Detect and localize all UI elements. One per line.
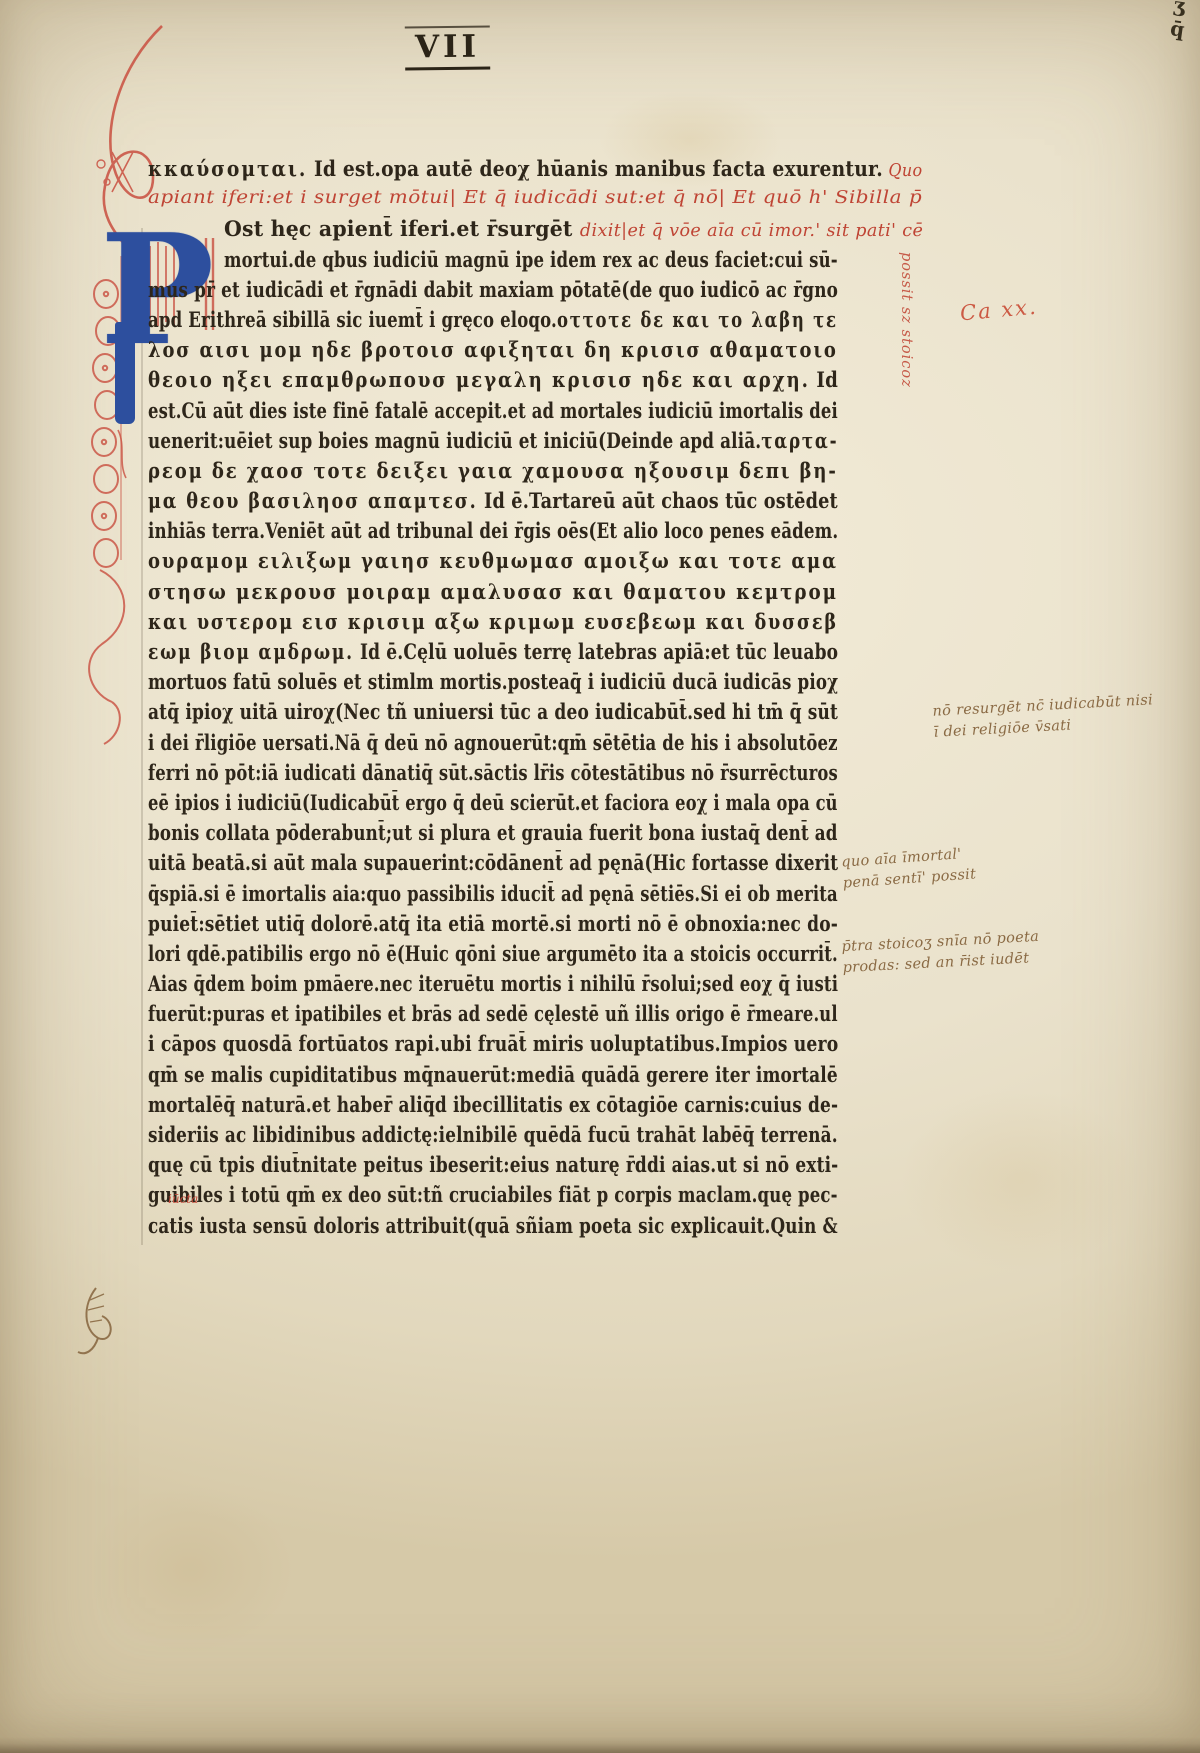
body-line: θεοιο ηξει επαμθρωπουσ μεγαλη κρισισ ηδε… [148,365,755,395]
text-greek: ταρτα- [761,428,838,453]
body-line: Aias q̄dem boim pmāere.nec iteruētu mort… [148,969,697,999]
text-latin: mus pr̄ et iudicādi et r̄gnādi dabit max… [148,277,838,302]
body-line: mus pr̄ et iudicādi et r̄gnādi dabit max… [148,275,710,305]
text-greek: στησω μεκρουσ μοιραμ αμαλυσασ και θαματο… [148,579,838,604]
text-latin: Ost hęc apient̄ iferi.et r̄surgēt [224,216,580,241]
text-latin: Id est.opa autē deoχ hūanis manibus fact… [307,156,883,181]
body-line: ρεομ δε χαοσ τοτε δειξει γαια χαμουσα ηξ… [148,456,749,486]
text-greek: λοσ αισι μομ ηδε βροτοισ αφιξηται δη κρι… [148,337,838,362]
body-line: bonis collata pōderabunt̄;ut si plura et… [148,818,704,848]
vertical-rubric-note: possit sz stoicoz [898,252,914,402]
text-red: apiant iferi:et i surget mōtui| Et q̄ iu… [148,188,922,208]
body-line: q̄spiā.si ē imortalis aia:quo passibilis… [148,879,695,909]
text-latin: guibiles i totū qm̄ ex deo sūt:tñ crucia… [148,1182,838,1207]
body-line: qm̄ se malis cupiditatibus mq̄nauerūt:me… [148,1060,713,1090]
text-latin: quę cū tpis diut̄nitate peitus ibeserit:… [148,1152,838,1177]
text-latin: fuerūt:puras et ipatibiles et brās ad se… [148,1001,838,1026]
text-greek: μα θεου βασιληοσ απαμτεσ. [148,488,478,513]
margin-note-2: quo aīa īmortal'penā sentī' possit [841,843,977,894]
text-greek: ουραμομ ειλιξωμ γαιησ κευθμωμασ αμοιξω κ… [148,548,838,573]
body-line: quę cū tpis diut̄nitate peitus ibeserit:… [148,1150,714,1180]
text-latin: apd Erithreā sibillā sic iuemt̄ i gręco … [148,307,557,332]
corner-mark: ʒ q̄ [1169,0,1200,44]
body-line: και υστερομ εισ κρισιμ αξω κριμωμ ευσεβε… [148,607,736,637]
text-latin: eē ipios i iudiciū(Iudicabūt̄ ergo q̄ de… [148,790,838,815]
body-line: ferri nō pōt:iā iudicati dānatiq̄ sūt.sā… [148,758,695,788]
text-latin: est.Cū aūt dies iste finē fatalē accepit… [148,398,838,423]
body-line: στησω μεκρουσ μοιραμ αμαλυσασ και θαματο… [148,577,759,607]
body-line: i dei r̄ligiōe uersati.Nā q̄ deū nō agno… [148,728,698,758]
text-latin: i cāpos quosdā fortūatos rapi.ubi fruāt̄… [148,1031,838,1056]
body-line: puiet̄:sētiet utiq̄ dolorē.atq̄ ita etiā… [148,909,716,939]
body-line: uitā beatā.si aūt mala supauerint:cōdāne… [148,848,710,878]
text-block: κκαύσομται. Id est.opa autē deoχ hūanis … [148,154,848,1241]
body-line: sideriis ac libidinibus addictę:ielnibil… [148,1120,710,1150]
text-latin: lori qdē.patibilis ergo nō ē(Huic qōni s… [148,941,838,966]
text-greek: ρεομ δε χαοσ τοτε δειξει γαια χαμουσα ηξ… [148,458,838,483]
text-latin: qm̄ se malis cupiditatibus mq̄nauerūt:me… [148,1062,838,1087]
body-line: guibiles i totū qm̄ ex deo sūt:tñ crucia… [148,1180,699,1210]
chapter-mark: Ca xx. [959,295,1038,326]
body-line: εωμ βιομ αμδρωμ. Id ē.Cęlū uoluēs terrę … [148,637,716,667]
text-latin: mortuos fatū soluēs et stimlm mortis.pos… [148,669,838,694]
margin-note-3: p̄tra stoicoʒ snīa nō poetaprodas: sed a… [841,927,1041,979]
text-greek: και υστερομ εισ κρισιμ αξω κριμωμ ευσεβε… [148,609,838,634]
body-line: λοσ αισι μομ ηδε βροτοισ αφιξηται δη κρι… [148,335,746,365]
text-latin: puiet̄:sētiet utiq̄ dolorē.atq̄ ita etiā… [148,911,838,936]
body-line: κκαύσομται. Id est.opa autē deoχ hūanis … [148,154,771,184]
body-line: apd Erithreā sibillā sic iuemt̄ i gręco … [148,305,699,335]
text-latin: Id ē.Cęlū uoluēs terrę latebras apiā:et … [354,639,838,664]
text-greek: εωμ βιομ αμδρωμ. [148,639,354,664]
text-latin: sideriis ac libidinibus addictę:ielnibil… [148,1122,838,1147]
body-line: inhiās terra.Veniēt aūt ad tribunal dei … [148,516,703,546]
text-latin: uenerit:uēiet sup boies magnū iudiciū et… [148,428,761,453]
page-edge-shadow [0,1737,1200,1753]
interlinear: apiant iferi:et i surget mōtui| Et q̄ iu… [148,184,948,214]
page-header-numeral: VII [405,26,491,71]
text-latin: Aias q̄dem boim pmāere.nec iteruētu mort… [148,971,838,996]
body-line: lori qdē.patibilis ergo nō ē(Huic qōni s… [148,939,696,969]
text-red: dixit|et q̄ vōe aīa cū imor.' sit pati' … [580,220,923,241]
text-latin: inhiās terra.Veniēt aūt ad tribunal dei … [148,518,838,543]
body-line: catis iusta sensū doloris attribuit(quā … [148,1211,706,1241]
body-line: Ost hęc apient̄ iferi.et r̄surgēt dixit|… [224,214,831,244]
text-latin: q̄spiā.si ē imortalis aia:quo passibilis… [148,881,838,906]
body-line: atq̄ ipioχ uitā uiroχ(Nec tñ uniuersi tū… [148,697,715,727]
text-greek: κκαύσομται. [148,156,307,181]
text-latin: uitā beatā.si aūt mala supauerint:cōdāne… [148,850,838,875]
paper-stain [850,1050,1190,1310]
text-latin: ferri nō pōt:iā iudicati dānatiq̄ sūt.sā… [148,760,838,785]
text-latin: mortui.de qbus iudiciū magnū ipe idem re… [224,247,838,272]
body-line: μα θεου βασιληοσ απαμτεσ. Id ē.Tartareū … [148,486,737,516]
text-latin: bonis collata pōderabunt̄;ut si plura et… [148,820,838,845]
body-line: mortalēq̄ naturā.et haber̄ aliq̄d ibecil… [148,1090,713,1120]
body-line: i cāpos quosdā fortūatos rapi.ubi fruāt̄… [148,1029,721,1059]
text-latin: Id ē.Tartareū aūt chaos tūc ostēdet [478,488,838,513]
manicule-doodle-icon [78,1288,111,1353]
text-latin: Id [810,367,838,392]
initial-stem [115,322,135,424]
text-latin: i dei r̄ligiōe uersati.Nā q̄ deū nō agno… [148,730,838,755]
text-latin: mortalēq̄ naturā.et haber̄ aliq̄d ibecil… [148,1092,838,1117]
body-line: est.Cū aūt dies iste finē fatalē accepit… [148,396,694,426]
body-line: uenerit:uēiet sup boies magnū iudiciū et… [148,426,707,456]
text-latin: atq̄ ipioχ uitā uiroχ(Nec tñ uniuersi tū… [148,699,838,724]
body-line: mortui.de qbus iudiciū magnū ipe idem re… [224,245,715,275]
body-line: fuerūt:puras et ipatibiles et brās ad se… [148,999,693,1029]
text-latin: catis iusta sensū doloris attribuit(quā … [148,1213,838,1238]
body-line: eē ipios i iudiciū(Iudicabūt̄ ergo q̄ de… [148,788,691,818]
body-line: mortuos fatū soluēs et stimlm mortis.pos… [148,667,704,697]
paper-stain [40,1450,340,1690]
text-greek: οττοτε δε και το λαβη τε [557,307,838,332]
margin-note-1: nō resurgēt nc̄ iudicabūt nisiī dei reli… [932,690,1155,743]
text-red: Quo [883,160,923,181]
manuscript-page: VII ʒ q̄ P κκαύσομται. Id est.opa autē d… [0,0,1200,1753]
interlinear-correction: iūcta [168,1192,198,1206]
body-line: ουραμομ ειλιξωμ γαιησ κευθμωμασ αμοιξω κ… [148,546,747,576]
text-greek: θεοιο ηξει επαμθρωπουσ μεγαλη κρισισ ηδε… [148,367,810,392]
